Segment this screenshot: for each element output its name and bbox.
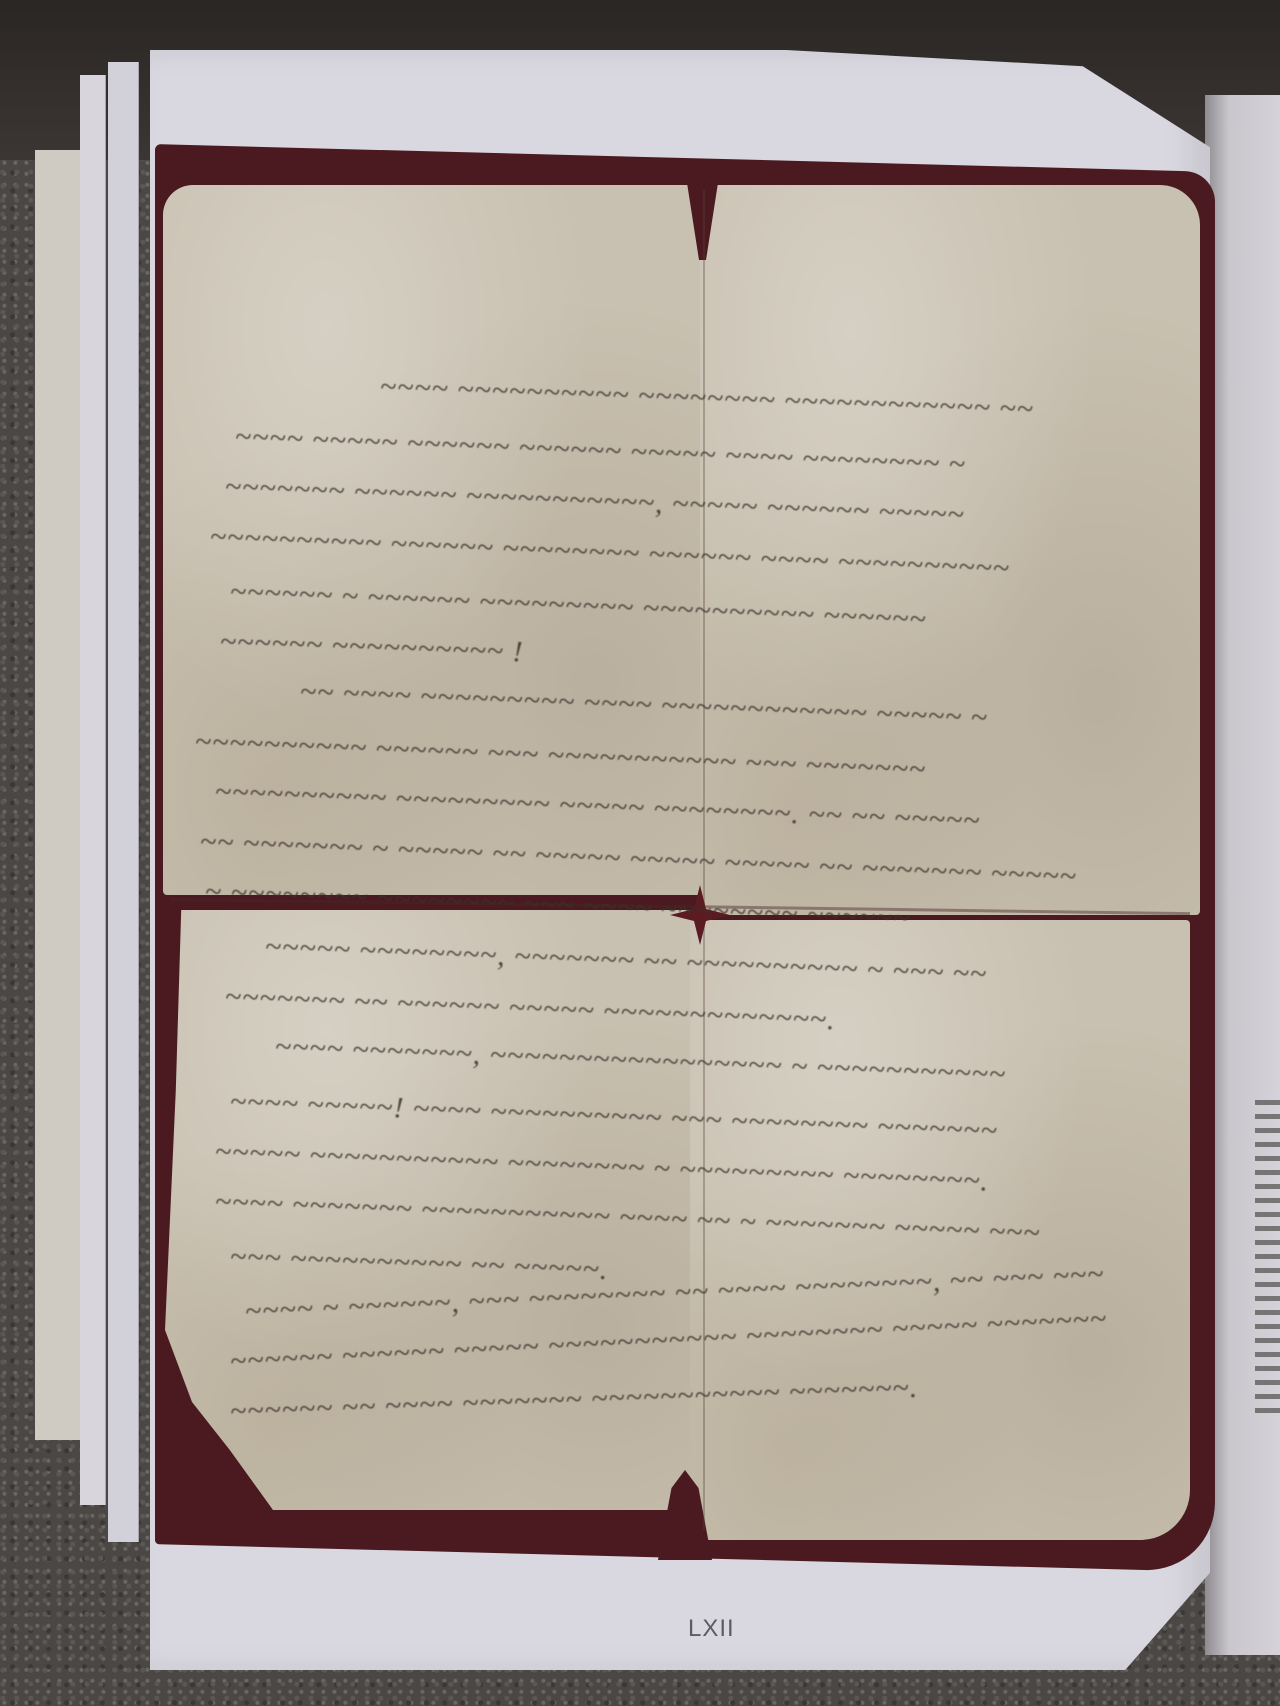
page-stack-edge <box>80 75 106 1505</box>
page-stack-edge <box>108 62 139 1542</box>
facing-page-print <box>1255 1100 1280 1420</box>
facing-page <box>1205 95 1280 1655</box>
page-number: LXII <box>688 1615 735 1643</box>
page-stack-edge <box>35 150 81 1440</box>
